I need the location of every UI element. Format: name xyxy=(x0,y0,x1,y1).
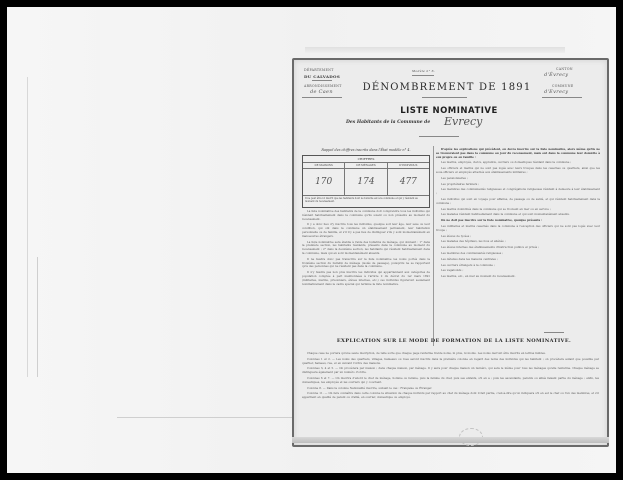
instruction-paragraph: Il ne faudra donc pas transcrire sur la … xyxy=(302,258,430,269)
recap-values: 170 174 477 xyxy=(303,169,429,195)
exclude-item: Les ouvriers étrangers à la commune ; xyxy=(436,264,600,268)
explication-paragraph: Colonne 11. — On fera connaître dans cet… xyxy=(302,392,599,400)
explication-paragraph: Colonnes 1 et 2. — Les noms des quartier… xyxy=(302,358,599,366)
divider xyxy=(422,97,467,98)
recap-col-menages: DE MÉNAGES xyxy=(345,163,387,168)
instruction-paragraph: La liste nominative des habitants de la … xyxy=(302,210,430,221)
recap-col-maisons: DE MAISONS xyxy=(303,163,345,168)
modele-number: Modèle n° 6. xyxy=(412,69,435,73)
divider xyxy=(544,332,564,333)
inscribe-item: Les propriétaires fermiers ; xyxy=(436,183,600,187)
commune-label: COMMUNE xyxy=(552,84,573,88)
canton-label: CANTON xyxy=(556,67,573,71)
canton-value: d'Évrecy xyxy=(544,72,568,78)
exclude-item: Les élèves internes des établissements d… xyxy=(436,246,600,250)
instruction-paragraph: La liste nominative sera établie à l'aid… xyxy=(302,241,430,256)
column-divider xyxy=(433,146,434,346)
inscribe-item: Les pensionnaires ; xyxy=(436,177,600,181)
recap-table: CHIFFRES DE MAISONS DE MÉNAGES D'INDIVID… xyxy=(302,155,430,208)
arrondissement-value: de Caen xyxy=(310,89,333,95)
arrondissement-label: ARRONDISSEMENT xyxy=(304,84,342,88)
page-top-edge xyxy=(305,47,565,53)
commune-value: d'Evrecy xyxy=(544,89,568,95)
exclude-item: Les vagabonds ; xyxy=(436,269,600,273)
explication-paragraph: Colonne 8. — Dans la colonne Nationalité… xyxy=(302,387,599,391)
commune-handwritten: Evrecy xyxy=(444,115,482,128)
recap-note: Il ne peut être ici inscrit que les habi… xyxy=(303,195,429,207)
inscribe-item: Les marins, employés, clercs, apprentis,… xyxy=(436,161,600,165)
instruction-paragraph: Il n'y faudra pas non plus inscrire les … xyxy=(302,271,430,286)
divider xyxy=(302,97,342,98)
explication-title: EXPLICATION SUR LE MODE DE FORMATION DE … xyxy=(334,338,574,344)
inscribe-item: Les marins domiciliés dans la commune qu… xyxy=(436,208,600,212)
census-title: DÉNOMBREMENT DE 1891 xyxy=(362,82,532,93)
subtitle: Des Habitants de la Commune de xyxy=(346,120,430,125)
recap-header: CHIFFRES xyxy=(303,156,429,163)
page-bottom-edge xyxy=(292,437,609,443)
departement-label: DÉPARTEMENT xyxy=(304,68,334,72)
exclude-item: Les malades des hôpitaux, les fous et al… xyxy=(436,240,600,244)
left-leaf-edge xyxy=(27,77,28,377)
left-column: Rappel des chiffres inscrits dans l'État… xyxy=(302,148,430,288)
right-column: D'après les explications qui précèdent, … xyxy=(436,146,600,281)
explication-body: Chaque case ne portera qu'une seule insc… xyxy=(302,350,599,402)
explication-paragraph: Colonnes 3, 4 et 5. — On procédera par m… xyxy=(302,367,599,375)
explication-paragraph: Colonnes 6 et 7. — On inscrira d'abord l… xyxy=(302,377,599,385)
exclude-item: Les militaires et marins casernés dans l… xyxy=(436,225,600,233)
exclude-item: Les élèves de lycées ; xyxy=(436,235,600,239)
exclude-item: Les détenus dans les maisons centrales ; xyxy=(436,258,600,262)
left-leaf-edge xyxy=(37,257,38,377)
left-leaf-edge xyxy=(117,417,307,418)
right-intro: D'après les explications qui précèdent, … xyxy=(436,148,600,159)
inscribe-item: Les individus qui sont en voyage pour af… xyxy=(436,198,600,206)
exclude-item: Les marins, etc., en mer au moment du re… xyxy=(436,275,600,279)
divider xyxy=(542,97,582,98)
inscribe-item: Les membres des communautés religieuses … xyxy=(436,188,600,196)
recap-value-maisons: 170 xyxy=(303,169,345,195)
divider xyxy=(412,75,434,76)
census-form-page: DÉPARTEMENT DU CALVADOS ARRONDISSEMENT d… xyxy=(292,58,609,447)
departement-value: DU CALVADOS xyxy=(304,74,340,79)
recap-col-individus: D'INDIVIDUS xyxy=(388,163,429,168)
divider xyxy=(312,80,332,81)
instruction-paragraph: Il y a donc lieu d'y inscrire tous les i… xyxy=(302,223,430,238)
divider xyxy=(419,136,459,137)
explication-paragraph: Chaque case ne portera qu'une seule insc… xyxy=(302,352,599,356)
recap-value-individus: 477 xyxy=(388,169,429,195)
exclusion-section-title: On ne doit pas inscrire sur la liste nom… xyxy=(436,219,600,223)
recap-value-menages: 174 xyxy=(345,169,387,195)
inscribe-item: Les officiers et marins qui ne sont pas … xyxy=(436,167,600,175)
recap-caption: Rappel des chiffres inscrits dans l'État… xyxy=(302,148,430,152)
exclude-item: Les membres des communautés religieuses … xyxy=(436,252,600,256)
inscribe-item: Les malades résidant habituellement dans… xyxy=(436,213,600,217)
